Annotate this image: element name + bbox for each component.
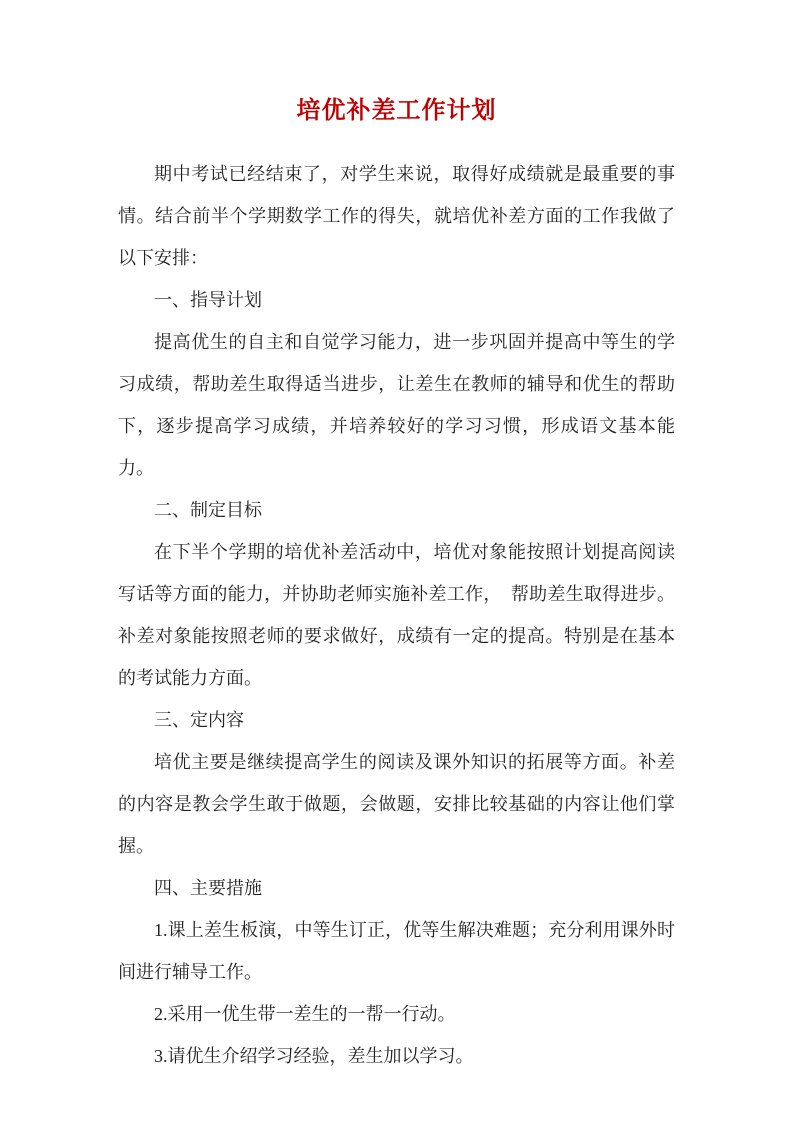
measure-item-3: 3.请优生介绍学习经验，差生加以学习。 [118,1035,675,1077]
measure-item-2: 2.采用一优生带一差生的一帮一行动。 [118,993,675,1035]
section-2-paragraph: 在下半个学期的培优补差活动中，培优对象能按照计划提高阅读写话等方面的能力，并协助… [118,531,675,699]
section-heading-1: 一、指导计划 [118,279,675,321]
section-3-paragraph: 培优主要是继续提高学生的阅读及课外知识的拓展等方面。补差的内容是教会学生敢于做题… [118,741,675,867]
section-heading-3: 三、定内容 [118,699,675,741]
document-title: 培优补差工作计划 [118,93,675,129]
section-1-paragraph: 提高优生的自主和自觉学习能力，进一步巩固并提高中等生的学习成绩，帮助差生取得适当… [118,321,675,489]
section-heading-4: 四、主要措施 [118,867,675,909]
measure-item-1: 1.课上差生板演，中等生订正，优等生解决难题；充分利用课外时间进行辅导工作。 [118,909,675,993]
section-heading-2: 二、制定目标 [118,489,675,531]
intro-paragraph: 期中考试已经结束了，对学生来说，取得好成绩就是最重要的事情。结合前半个学期数学工… [118,153,675,279]
document-page: 培优补差工作计划 期中考试已经结束了，对学生来说，取得好成绩就是最重要的事情。结… [0,0,793,1122]
